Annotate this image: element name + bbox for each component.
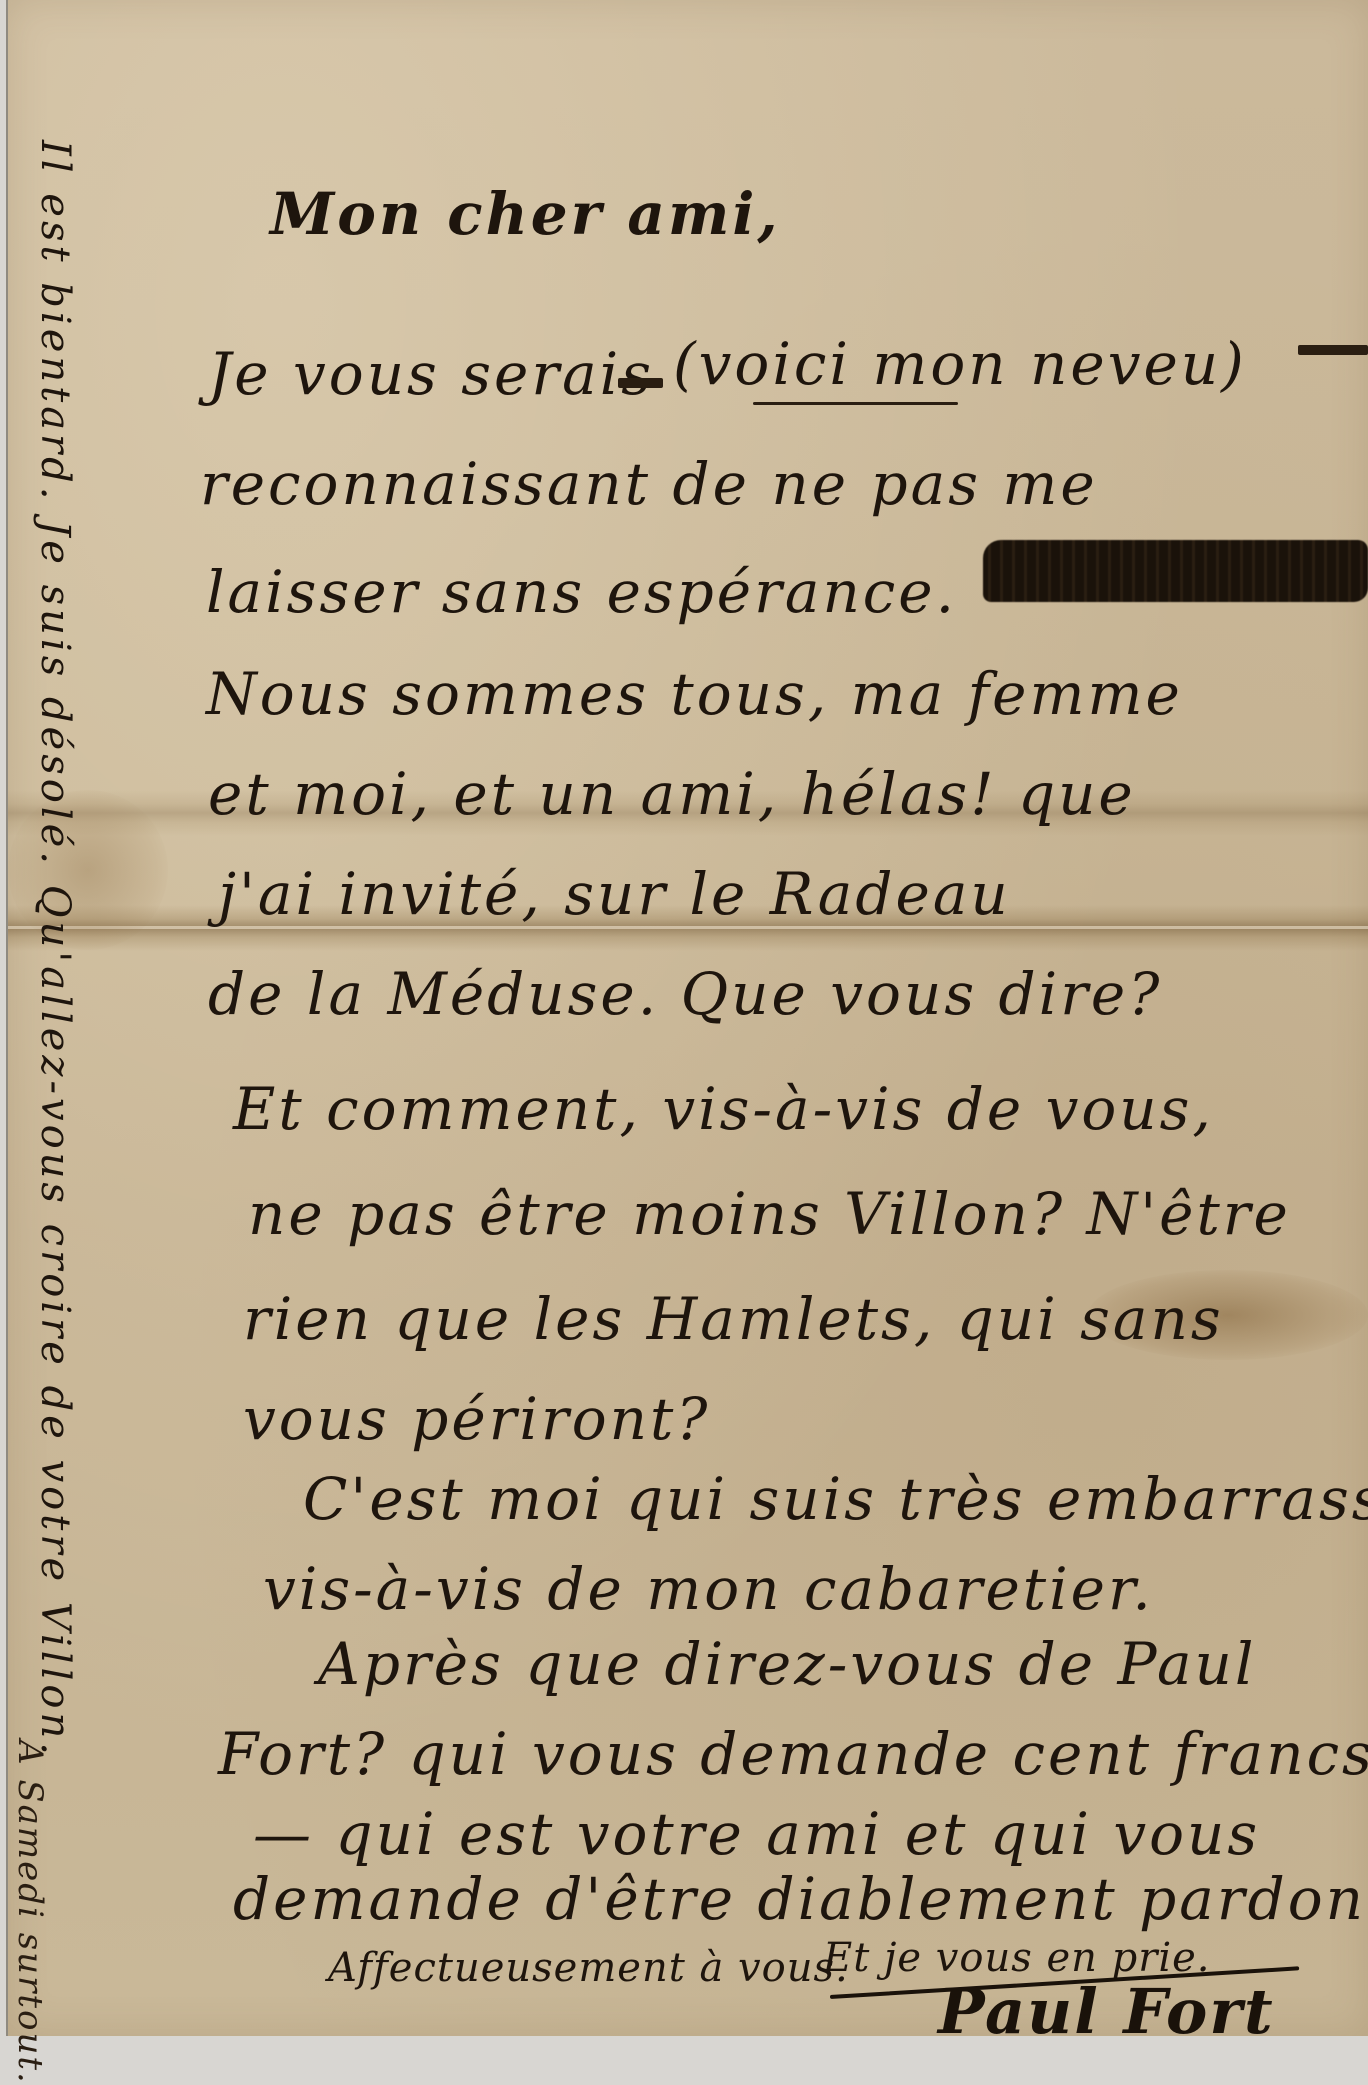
body-line-16: — qui est votre ami et qui vous (253, 1800, 1260, 1868)
body-line-12: C'est moi qui suis très embarrassé (303, 1465, 1368, 1533)
body-line-1: Je vous serais (208, 340, 654, 408)
underline-neveu (753, 402, 958, 405)
body-line-9: ne pas être moins Villon? N'être (248, 1180, 1291, 1248)
redaction-scribble (983, 540, 1368, 602)
body-line-10: rien que les Hamlets, qui sans (243, 1285, 1224, 1353)
body-line-15: Fort? qui vous demande cent francs, (218, 1720, 1368, 1788)
body-line-2: reconnaissant de ne pas me (200, 450, 1098, 518)
body-line-17: demande d'être diablement pardonné. (233, 1865, 1368, 1933)
body-line-4: Nous sommes tous, ma femme (206, 660, 1183, 728)
body-line-11: vous périront? (243, 1385, 710, 1453)
body-line-1b: (voici mon neveu) (673, 330, 1247, 398)
body-line-6: j'ai invité, sur le Radeau (218, 860, 1011, 928)
salutation: Mon cher ami, (270, 180, 781, 248)
body-line-3: laisser sans espérance. (206, 558, 957, 626)
margin-note-vertical-2: A Samedi surtout. (0, 1740, 50, 2040)
body-line-13: vis-à-vis de mon cabaretier. (263, 1555, 1154, 1623)
body-line-14: Après que direz-vous de Paul (318, 1630, 1256, 1698)
body-line-7: de la Méduse. Que vous dire? (208, 960, 1162, 1028)
signature: Paul Fort (938, 1975, 1275, 2048)
dash-mark-2 (1298, 345, 1368, 355)
body-line-5: et moi, et un ami, hélas! que (208, 760, 1136, 828)
closing: Affectueusement à vous. (328, 1945, 849, 1991)
dash-mark (618, 378, 663, 388)
body-line-8: Et comment, vis-à-vis de vous, (233, 1075, 1214, 1143)
letter-sheet: Mon cher ami, Je vous serais (voici mon … (6, 0, 1368, 2036)
